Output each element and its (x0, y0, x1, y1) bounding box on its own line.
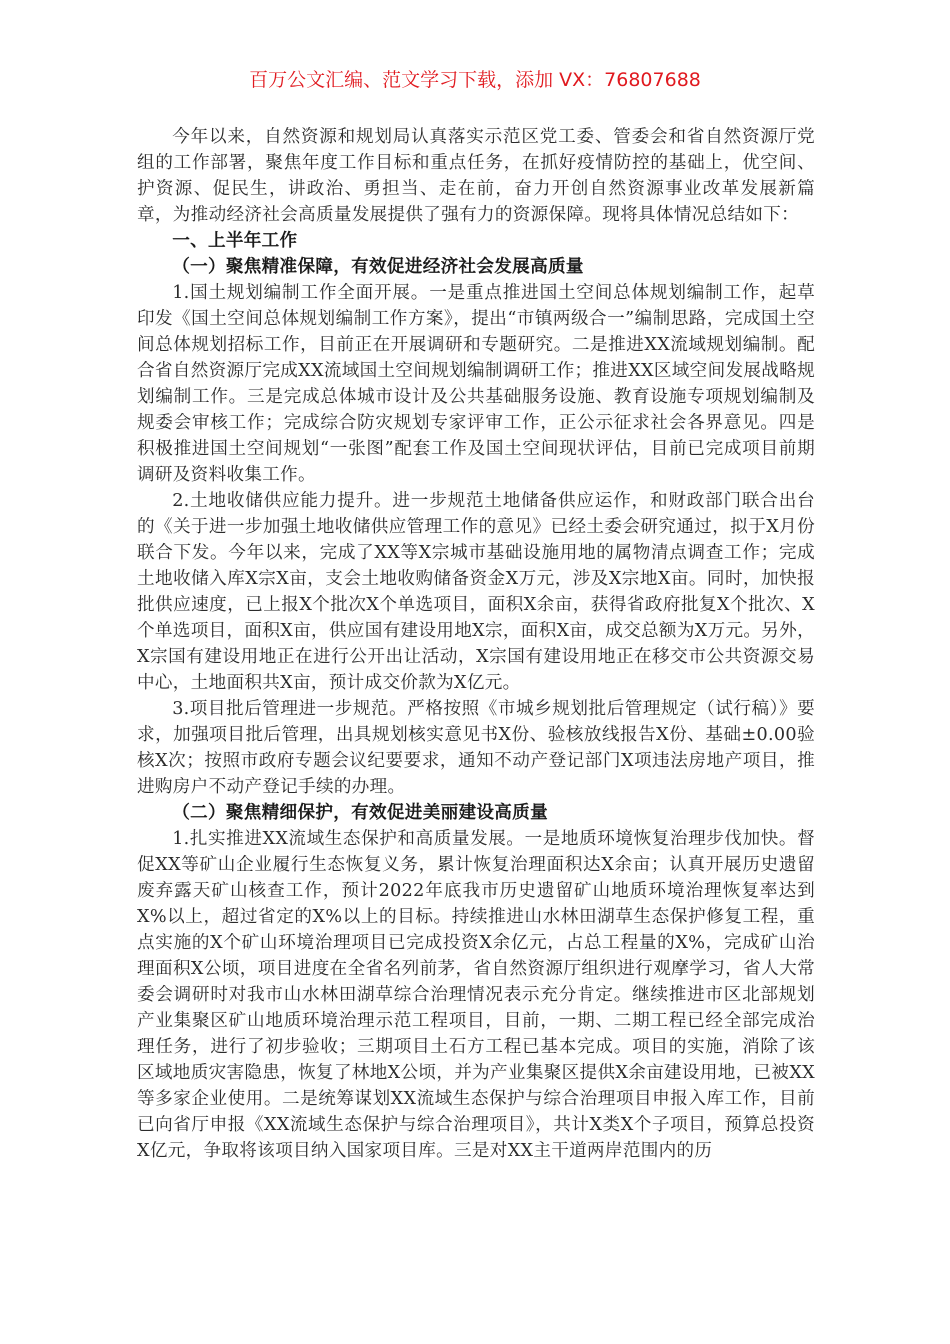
paragraph-ecological-protection: 1.扎实推进XX流域生态保护和高质量发展。一是地质环境恢复治理步伐加快。督促XX… (137, 826, 815, 1164)
subsection-heading-precise-guarantee: （一）聚焦精准保障，有效促进经济社会发展高质量 (137, 254, 815, 280)
paragraph-land-reserve: 2.土地收储供应能力提升。进一步规范土地储备供应运作，和财政部门联合出台的《关于… (137, 488, 815, 696)
section-heading-first-half: 一、上半年工作 (137, 228, 815, 254)
promo-header: 百万公文汇编、范文学习下载，添加 VX：76807688 (0, 66, 950, 94)
subsection-heading-fine-protection: （二）聚焦精细保护，有效促进美丽建设高质量 (137, 800, 815, 826)
paragraph-land-planning: 1.国土规划编制工作全面开展。一是重点推进国土空间总体规划编制工作，起草印发《国… (137, 280, 815, 488)
document-body: 今年以来，自然资源和规划局认真落实示范区党工委、管委会和省自然资源厅党组的工作部… (137, 124, 815, 1164)
paragraph-post-approval: 3.项目批后管理进一步规范。严格按照《市城乡规划批后管理规定（试行稿）》要求，加… (137, 696, 815, 800)
intro-paragraph: 今年以来，自然资源和规划局认真落实示范区党工委、管委会和省自然资源厅党组的工作部… (137, 124, 815, 228)
